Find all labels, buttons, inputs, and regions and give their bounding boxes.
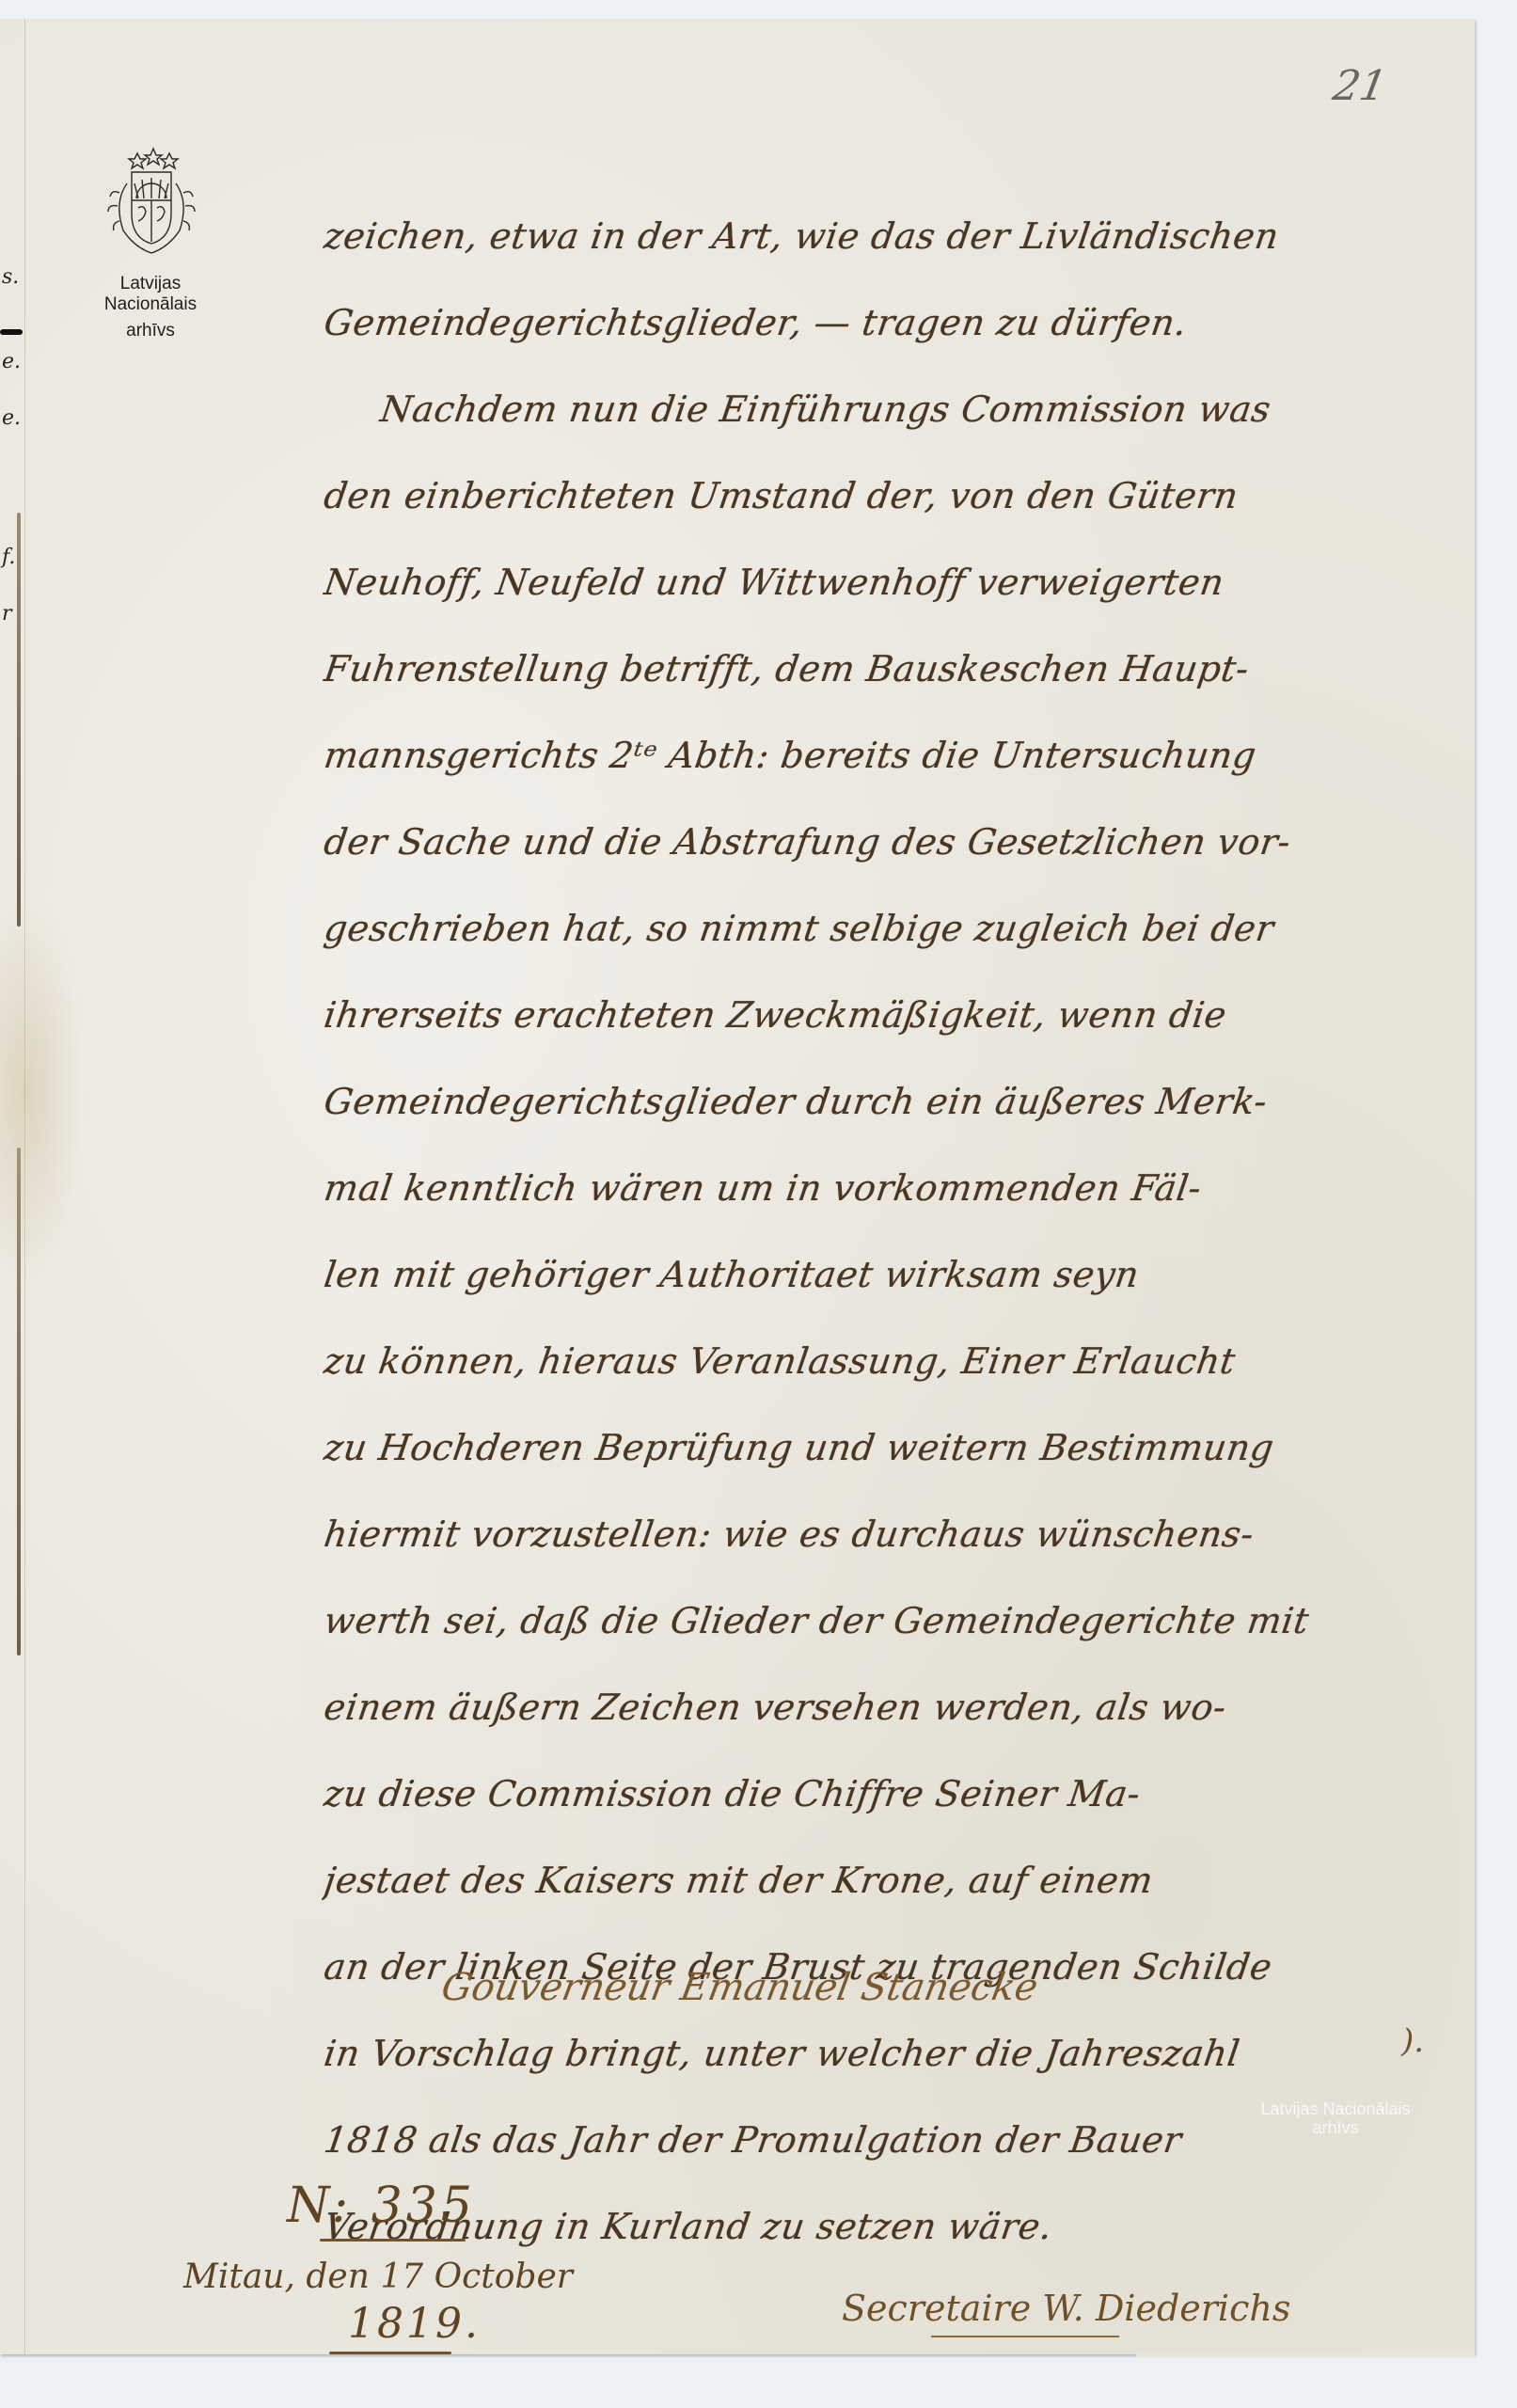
handwritten-line: Gemeindegerichtsglieder durch ein äußere…: [319, 1058, 1464, 1145]
archive-watermark: Latvijas Nacionālais arhīvs: [1241, 2099, 1430, 2137]
governor-signature: Gouverneur Emanuel Stanecke: [438, 1966, 1041, 2009]
handwritten-line: den einberichteten Umstand der, von den …: [319, 452, 1464, 539]
handwritten-line: Fuhrenstellung betrifft, dem Bauskeschen…: [319, 626, 1464, 712]
archive-logo: Latvijas Nacionālais arhīvs: [75, 146, 226, 341]
handwritten-line: jestaet des Kaisers mit der Krone, auf e…: [319, 1837, 1464, 1924]
handwritten-line: in Vorschlag bringt, unter welcher die J…: [319, 2010, 1464, 2097]
handwritten-line: mannsgerichts 2ᵗᵉ Abth: bereits die Unte…: [319, 712, 1464, 799]
handwritten-line: mal kenntlich wären um in vorkommenden F…: [319, 1145, 1464, 1231]
letter-body: zeichen, etwa in der Art, wie das der Li…: [324, 193, 1458, 2270]
binding-thread: [17, 513, 21, 927]
handwritten-line: len mit gehöriger Authoritaet wirksam se…: [319, 1231, 1464, 1318]
document-year: 1819.: [348, 2300, 481, 2348]
number-underline: [320, 2239, 466, 2242]
place-and-date: Mitau, den 17 October: [183, 2257, 573, 2296]
year-underline: [329, 2352, 451, 2354]
handwritten-line: ihrerseits erachteten Zweckmäßigkeit, we…: [319, 972, 1464, 1058]
watermark-line2: arhīvs: [1241, 2118, 1430, 2137]
archive-name-line2: arhīvs: [75, 321, 226, 341]
handwritten-line: zu können, hieraus Veranlassung, Einer E…: [319, 1318, 1464, 1404]
secretary-underline: [931, 2336, 1119, 2337]
watermark-line1: Latvijas Nacionālais: [1241, 2099, 1430, 2118]
fragment-mark: e.: [2, 350, 21, 373]
handwritten-line: der Sache und die Abstrafung des Gesetzl…: [319, 799, 1464, 885]
handwritten-line: zeichen, etwa in der Art, wie das der Li…: [319, 193, 1464, 279]
paper-stain: [0, 894, 85, 1289]
handwritten-line: zu Hochderen Beprüfung und weitern Besti…: [319, 1404, 1464, 1491]
handwritten-line: hiermit vorzustellen: wie es durchaus wü…: [319, 1491, 1464, 1577]
latvian-coat-of-arms-icon: [89, 146, 212, 268]
handwritten-line: geschrieben hat, so nimmt selbige zuglei…: [319, 885, 1464, 972]
handwritten-line: werth sei, daß die Glieder der Gemeindeg…: [319, 1577, 1464, 1664]
handwritten-line: Gemeindegerichtsglieder, — tragen zu dür…: [319, 279, 1464, 366]
handwritten-line: Neuhoff, Neufeld und Wittwenhoff verweig…: [319, 539, 1464, 626]
archive-name-line1: Latvijas Nacionālais: [75, 274, 226, 315]
folio-number: 21: [1330, 62, 1391, 110]
signature-mark: ).: [1401, 2022, 1424, 2060]
fragment-mark: e.: [2, 406, 21, 430]
document-number: N: 335: [287, 2178, 476, 2234]
fragment-mark: f.: [2, 546, 15, 569]
handwritten-line: Nachdem nun die Einführungs Commission w…: [319, 366, 1464, 452]
fragment-ink-bar: [0, 329, 23, 335]
handwritten-line: einem äußern Zeichen versehen werden, al…: [319, 1664, 1464, 1751]
handwritten-line: zu diese Commission die Chiffre Seiner M…: [319, 1751, 1464, 1837]
fragment-mark: r: [2, 602, 12, 626]
fragment-mark: s.: [2, 265, 19, 289]
secretary-signature: Secretaire W. Diederichs: [842, 2288, 1290, 2329]
